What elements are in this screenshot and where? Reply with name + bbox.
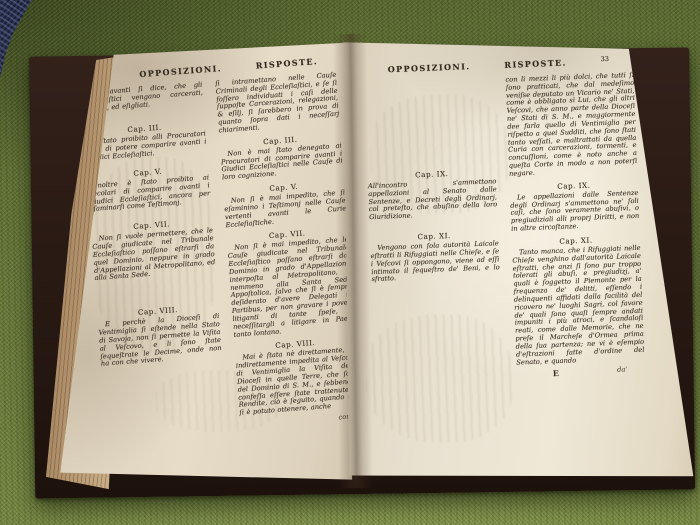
text-block: ſi intramettano nelle Cauſe Criminali de… [215, 72, 340, 136]
paragraph-text: Mai è ſtata nè direttamente, nè indirett… [235, 346, 361, 417]
signature-row: E da' [517, 365, 646, 380]
text-block: Cap. VII.Non ſi è mai impedito, che le C… [226, 226, 355, 340]
column-risposte: con li mezzi li più dolci, che tutti ſi … [505, 72, 645, 380]
paragraph-text: Non ſi è mai impedito, che ſi eſaminino … [224, 189, 347, 229]
paragraph-text: Non ſi è mai impedito, che le Cauſe giud… [227, 237, 355, 340]
column-blocks: Cap. IX.All'incontro s'ammettono appella… [367, 167, 500, 284]
paragraph-text: Non è mai ſtato denegato ai Procuratori … [220, 142, 343, 182]
left-page-text: 32 OPPOSIZIONI. RISPOSTE. minali avanti … [80, 55, 364, 481]
text-block: Cap. V.Inoltre è ſtato proibito ai Secol… [87, 163, 211, 214]
header-opposizioni: OPPOSIZIONI. [388, 61, 471, 74]
text-block: Cap. IX.Le appellazioni dalle Sentenze d… [509, 179, 639, 234]
text-block: Cap. V.Non ſi è mai impedito, che ſi eſa… [223, 179, 347, 230]
column-opposizioni: Cap. IX.All'incontro s'ammettono appella… [364, 77, 504, 385]
text-block: Cap. IX.All'incontro s'ammettono appella… [367, 167, 497, 222]
text-block: Cap. III.Non è mai ſtato denegato ai Pro… [219, 131, 343, 182]
paragraph-text: Non ſi vuole permettere, che le Cauſe gi… [92, 227, 217, 283]
page-number: 33 [600, 55, 609, 63]
paragraph-text: E perchè la Dioceſi di Ventimiglia ſi eſ… [98, 313, 223, 369]
paragraph-text: Inoltre è ſtato proibito ai Secolari di … [88, 174, 211, 214]
catchword: da' [617, 366, 627, 376]
text-block: Cap. VII.Non ſi vuole permettere, che le… [91, 216, 216, 283]
paragraph-text: All'incontro s'ammettono appellazioni al… [368, 178, 498, 222]
text-block: Cap. XI.Tanto manca, che i Rifuggiati ne… [512, 234, 645, 367]
paragraph-text: Le appellazioni dalle Sentenze degli Ord… [510, 190, 640, 234]
header-opposizioni: OPPOSIZIONI. [139, 63, 222, 79]
paragraph-text: con li mezzi li più dolci, che tutti ſi … [505, 72, 637, 179]
header-risposte: RISPOSTE. [255, 56, 318, 71]
text-block: con li mezzi li più dolci, che tutti ſi … [505, 72, 637, 179]
header-risposte: RISPOSTE. [504, 57, 567, 69]
two-column-text: Cap. IX.All'incontro s'ammettono appella… [364, 72, 645, 385]
paragraph-text: ſi intramettano nelle Cauſe Criminali de… [215, 72, 340, 136]
open-book: 32 OPPOSIZIONI. RISPOSTE. minali avanti … [25, 21, 697, 500]
column-risposte: ſi intramettano nelle Cauſe Criminali de… [215, 72, 362, 429]
text-block: Cap. XI.Vengono con ſola autorità Laical… [370, 229, 500, 284]
column-blocks: con li mezzi li più dolci, che tutti ſi … [505, 72, 645, 367]
photo-scene: 32 OPPOSIZIONI. RISPOSTE. minali avanti … [0, 0, 700, 525]
paragraph-text: Vengono con ſola autorità Laicale eſtrat… [370, 240, 500, 284]
paragraph-text: Tanto manca, che i Rifuggiati nelle Chie… [512, 245, 645, 367]
right-page-text: OPPOSIZIONI. RISPOSTE. 33 Cap. IX.All'in… [363, 55, 649, 479]
text-block: Cap. VIII.E perchè la Dioceſi di Ventimi… [97, 302, 222, 369]
signature-mark: E [553, 368, 559, 378]
text-block: Cap. VIII.Mai è ſtata nè direttamente, n… [234, 335, 361, 417]
column-blocks: ſi intramettano nelle Cauſe Criminali de… [215, 72, 361, 418]
two-column-text: minali avanti ſi dice, che gli Eccleſiaſ… [81, 72, 362, 439]
